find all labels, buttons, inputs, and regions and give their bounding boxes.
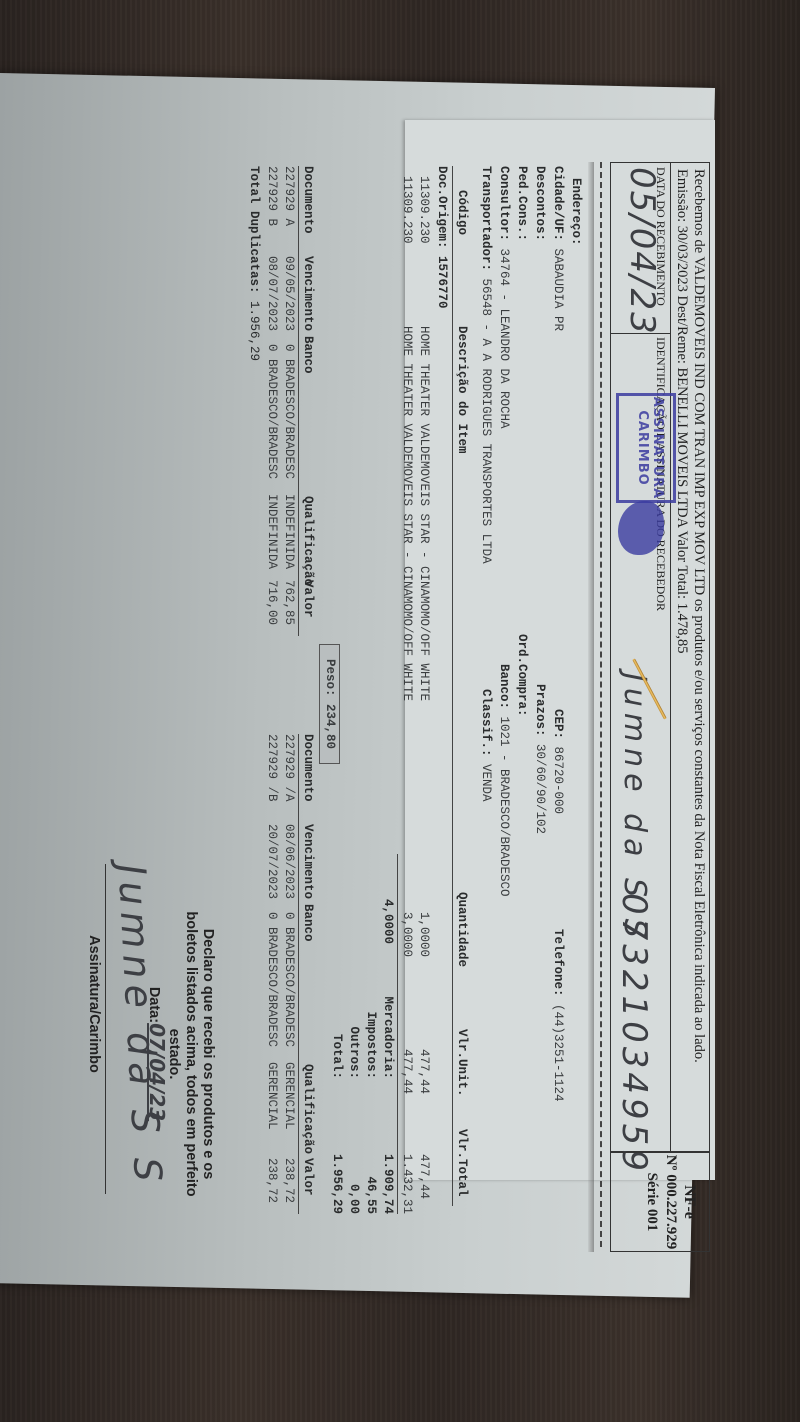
col-header-description: Descrição do Item [453,326,470,454]
col-header-unit-price: Vlr.Unit. [453,1029,470,1097]
total-installments: Total Duplicatas: 1.956,29 [245,166,262,361]
receipt-date-cell: DATA DO RECEBIMENTO 05/04/23 [611,163,670,334]
nfe-title: NF-e [680,1153,699,1251]
ink-stamp: ASSINATURA CARIMBO [616,393,676,503]
installment-cell: 227929 /A [280,734,297,802]
receipt-fields: DATA DO RECEBIMENTO 05/04/23 IDENTIFICAÇ… [611,163,671,1151]
cep-field: CEP: 86720-000 [549,709,566,814]
total-label: Total: [328,1034,345,1079]
receipt-statement: Recebemos de VALDEMOVEIS IND COM TRAN IM… [690,169,707,1063]
installment-cell: 20/07/2023 [263,824,280,899]
nfe-number-box: NF-e Nº 000.227.929 Série 001 [610,1152,710,1252]
item-code: 11309.230 [398,176,415,244]
item-total: 477,44 [415,1154,432,1199]
weight-box: Peso: 234,80 [319,644,340,764]
installment-cell: GERENCIAL [263,1062,280,1130]
installment-cell: INDEFINIDA [263,494,280,569]
installment-cell: INDEFINIDA [280,494,297,569]
installment-col-header: Vencimento [299,824,316,899]
installment-cell: GERENCIAL [280,1062,297,1130]
receiver-id-cell: IDENTIFICAÇÃO E ASSINATURA DO RECEBEDOR … [611,333,670,1151]
items-header-rule [452,166,453,1206]
totals-rule [397,854,398,1214]
quantity-total: 4,0000 [379,899,396,944]
installment-cell: 0 BRADESCO/BRADESC [280,344,297,479]
total-value: 46,55 [362,1177,379,1215]
col-header-total: Vlr.Total [453,1129,470,1197]
col-header-quantity: Quantidade [453,892,470,967]
consultant-field: Consultor: 34764 - LEANDRO DA ROCHA [495,166,512,429]
installment-col-header: Documento [299,166,316,234]
discounts-field: Descontos: [531,166,548,241]
nfe-number: Nº 000.227.929 [661,1153,680,1251]
installment-cell: 238,72 [280,1158,297,1203]
installment-col-header: Qualificação [299,496,316,586]
installment-cell: 08/07/2023 [263,256,280,331]
phone-field: Telefone: (44)3251-1124 [549,929,566,1102]
doc-origin-field: Doc.Origem: 1576770 [433,166,450,309]
carrier-field: Transportador: 56548 - A A RODRIGUES TRA… [477,166,494,564]
signature-line [105,864,106,1194]
declaration-line-1: Declaro que recebi os produtos e os [199,854,216,1254]
item-unit-price: 477,44 [398,1049,415,1094]
installment-cell: 227929 B [263,166,280,226]
total-label: Mercadoria: [379,997,396,1080]
col-header-code: Código [453,190,470,235]
item-quantity: 1,0000 [415,912,432,957]
paper-fold [588,162,594,1252]
installment-cell: 0 BRADESCO/BRADESC [280,912,297,1047]
ped-cons-field: Ped.Cons.: [513,166,530,241]
item-unit-price: 477,44 [415,1049,432,1094]
item-quantity: 3,0000 [398,912,415,957]
installment-cell: 09/05/2023 [280,256,297,331]
installment-cell: 0 BRADESCO/BRADESC [263,344,280,479]
handwritten-id-number: 07321034959 [614,893,654,1175]
ord-compra-field: Ord.Compra: [513,634,530,717]
nfe-series: Série 001 [642,1153,661,1251]
handwritten-declaration-signature: Jumne da S S [123,864,157,1188]
installment-cell: 227929 A [280,166,297,226]
installment-col-header: Vencimento [299,256,316,331]
installment-col-header: Banco [299,904,316,942]
installment-cell: 716,00 [263,580,280,625]
installment-cell: 238,72 [263,1158,280,1203]
installment-cell: 227929 /B [263,734,280,802]
installment-col-header: Qualificação [299,1064,316,1154]
handwritten-receipt-date: 05/04/23 [622,167,662,336]
installment-header-rule [298,166,299,636]
receipt-stub: Recebemos de VALDEMOVEIS IND COM TRAN IM… [610,162,710,1152]
emission-line: Emissão: 30/03/2023 Dest/Reme: BENELLI M… [673,169,690,1063]
perforation-line [600,162,602,1247]
item-description: HOME THEATER VALDEMOVEIS STAR - CINAMOMO… [398,326,415,701]
invoice-document: Recebemos de VALDEMOVEIS IND COM TRAN IM… [90,162,710,1242]
total-value: 1.956,29 [328,1154,345,1214]
terms-field: Prazos: 30/60/90/102 [531,684,548,834]
item-description: HOME THEATER VALDEMOVEIS STAR - CINAMOMO… [415,326,432,701]
installment-col-header: Documento [299,734,316,802]
installment-col-header: Valor [299,1158,316,1196]
installment-header-rule [298,734,299,1214]
total-label: Outros: [345,1027,362,1080]
installment-cell: 0 BRADESCO/BRADESC [263,912,280,1047]
invoice-body: Endereço: Cidade/UF: SABAUDIA PR CEP: 86… [0,164,588,1244]
classif-field: Classif.: VENDA [477,689,494,802]
declaration-line-2: boletos listados acima, todos em perfeit… [182,854,199,1254]
receipt-text: Recebemos de VALDEMOVEIS IND COM TRAN IM… [673,169,707,1063]
installment-col-header: Banco [299,336,316,374]
total-value: 1.909,74 [379,1154,396,1214]
installment-col-header: Valor [299,580,316,618]
installment-cell: 762,85 [280,580,297,625]
installment-cell: 08/06/2023 [280,824,297,899]
total-label: Impostos: [362,1012,379,1080]
city-field: Cidade/UF: SABAUDIA PR [549,166,566,331]
item-code: 11309.230 [415,176,432,244]
item-total: 1.432,31 [398,1154,415,1214]
address-field: Endereço: [567,178,584,246]
signature-label: Assinatura/Carimbo [85,854,102,1154]
bank-field: Banco: 1021 - BRADESCO/BRADESCO [495,664,512,897]
total-value: 0,00 [345,1184,362,1214]
